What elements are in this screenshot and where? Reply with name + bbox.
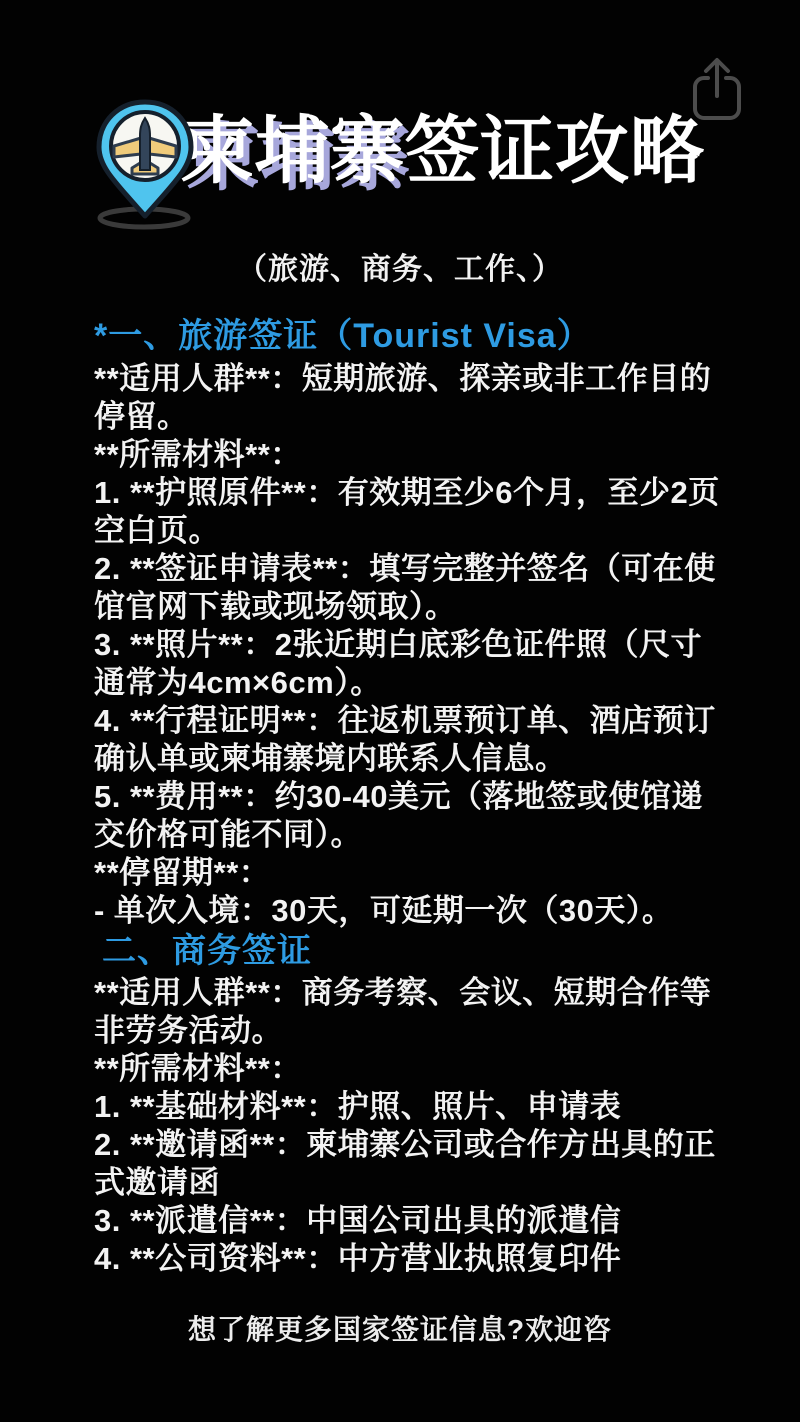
body-line: 1. **基础材料**：护照、照片、申请表 [94,1088,724,1126]
body-line: 5. **费用**：约30-40美元（落地签或使馆递交价格可能不同）。 [94,778,724,854]
header: 柬埔寨签证攻略 [0,0,800,230]
body-line: 3. **派遣信**：中国公司出具的派遣信 [94,1202,724,1240]
page-title: 柬埔寨签证攻略 [180,112,705,190]
title-country: 柬埔寨 [180,109,405,192]
body-line: 1. **护照原件**：有效期至少6个月，至少2页空白页。 [94,474,724,550]
section-heading-tourist-visa: *一、旅游签证（Tourist Visa） [94,316,724,356]
map-pin-airplane-icon [84,96,206,230]
body-line: - 单次入境：30天，可延期一次（30天）。 [94,892,724,930]
body-line: **适用人群**：短期旅游、探亲或非工作目的停留。 [94,360,724,436]
section-heading-business-visa: 二、商务签证 [94,931,724,971]
body-line: 4. **公司资料**：中方营业执照复印件 [94,1240,724,1278]
poster-page: 柬埔寨签证攻略 （旅游、商务、工作、） *一、旅游签证（Tourist Visa… [0,0,800,1422]
body-line: 3. **照片**：2张近期白底彩色证件照（尺寸通常为4cm×6cm）。 [94,626,724,702]
body-line: 4. **行程证明**：往返机票预订单、酒店预订确认单或柬埔寨境内联系人信息。 [94,702,724,778]
body-line: **停留期**： [94,854,724,892]
subtitle: （旅游、商务、工作、） [0,244,800,288]
body-line: **所需材料**： [94,436,724,474]
body-line: **适用人群**：商务考察、会议、短期合作等非劳务活动。 [94,974,724,1050]
body-line: 2. **签证申请表**：填写完整并签名（可在使馆官网下载或现场领取）。 [94,550,724,626]
title-rest: 签证攻略 [405,109,705,192]
body-line: 2. **邀请函**：柬埔寨公司或合作方出具的正式邀请函 [94,1126,724,1202]
body-line: **所需材料**： [94,1050,724,1088]
footer-text: 想了解更多国家签证信息?欢迎咨 [0,1308,800,1348]
content: *一、旅游签证（Tourist Visa） **适用人群**：短期旅游、探亲或非… [0,316,800,1278]
